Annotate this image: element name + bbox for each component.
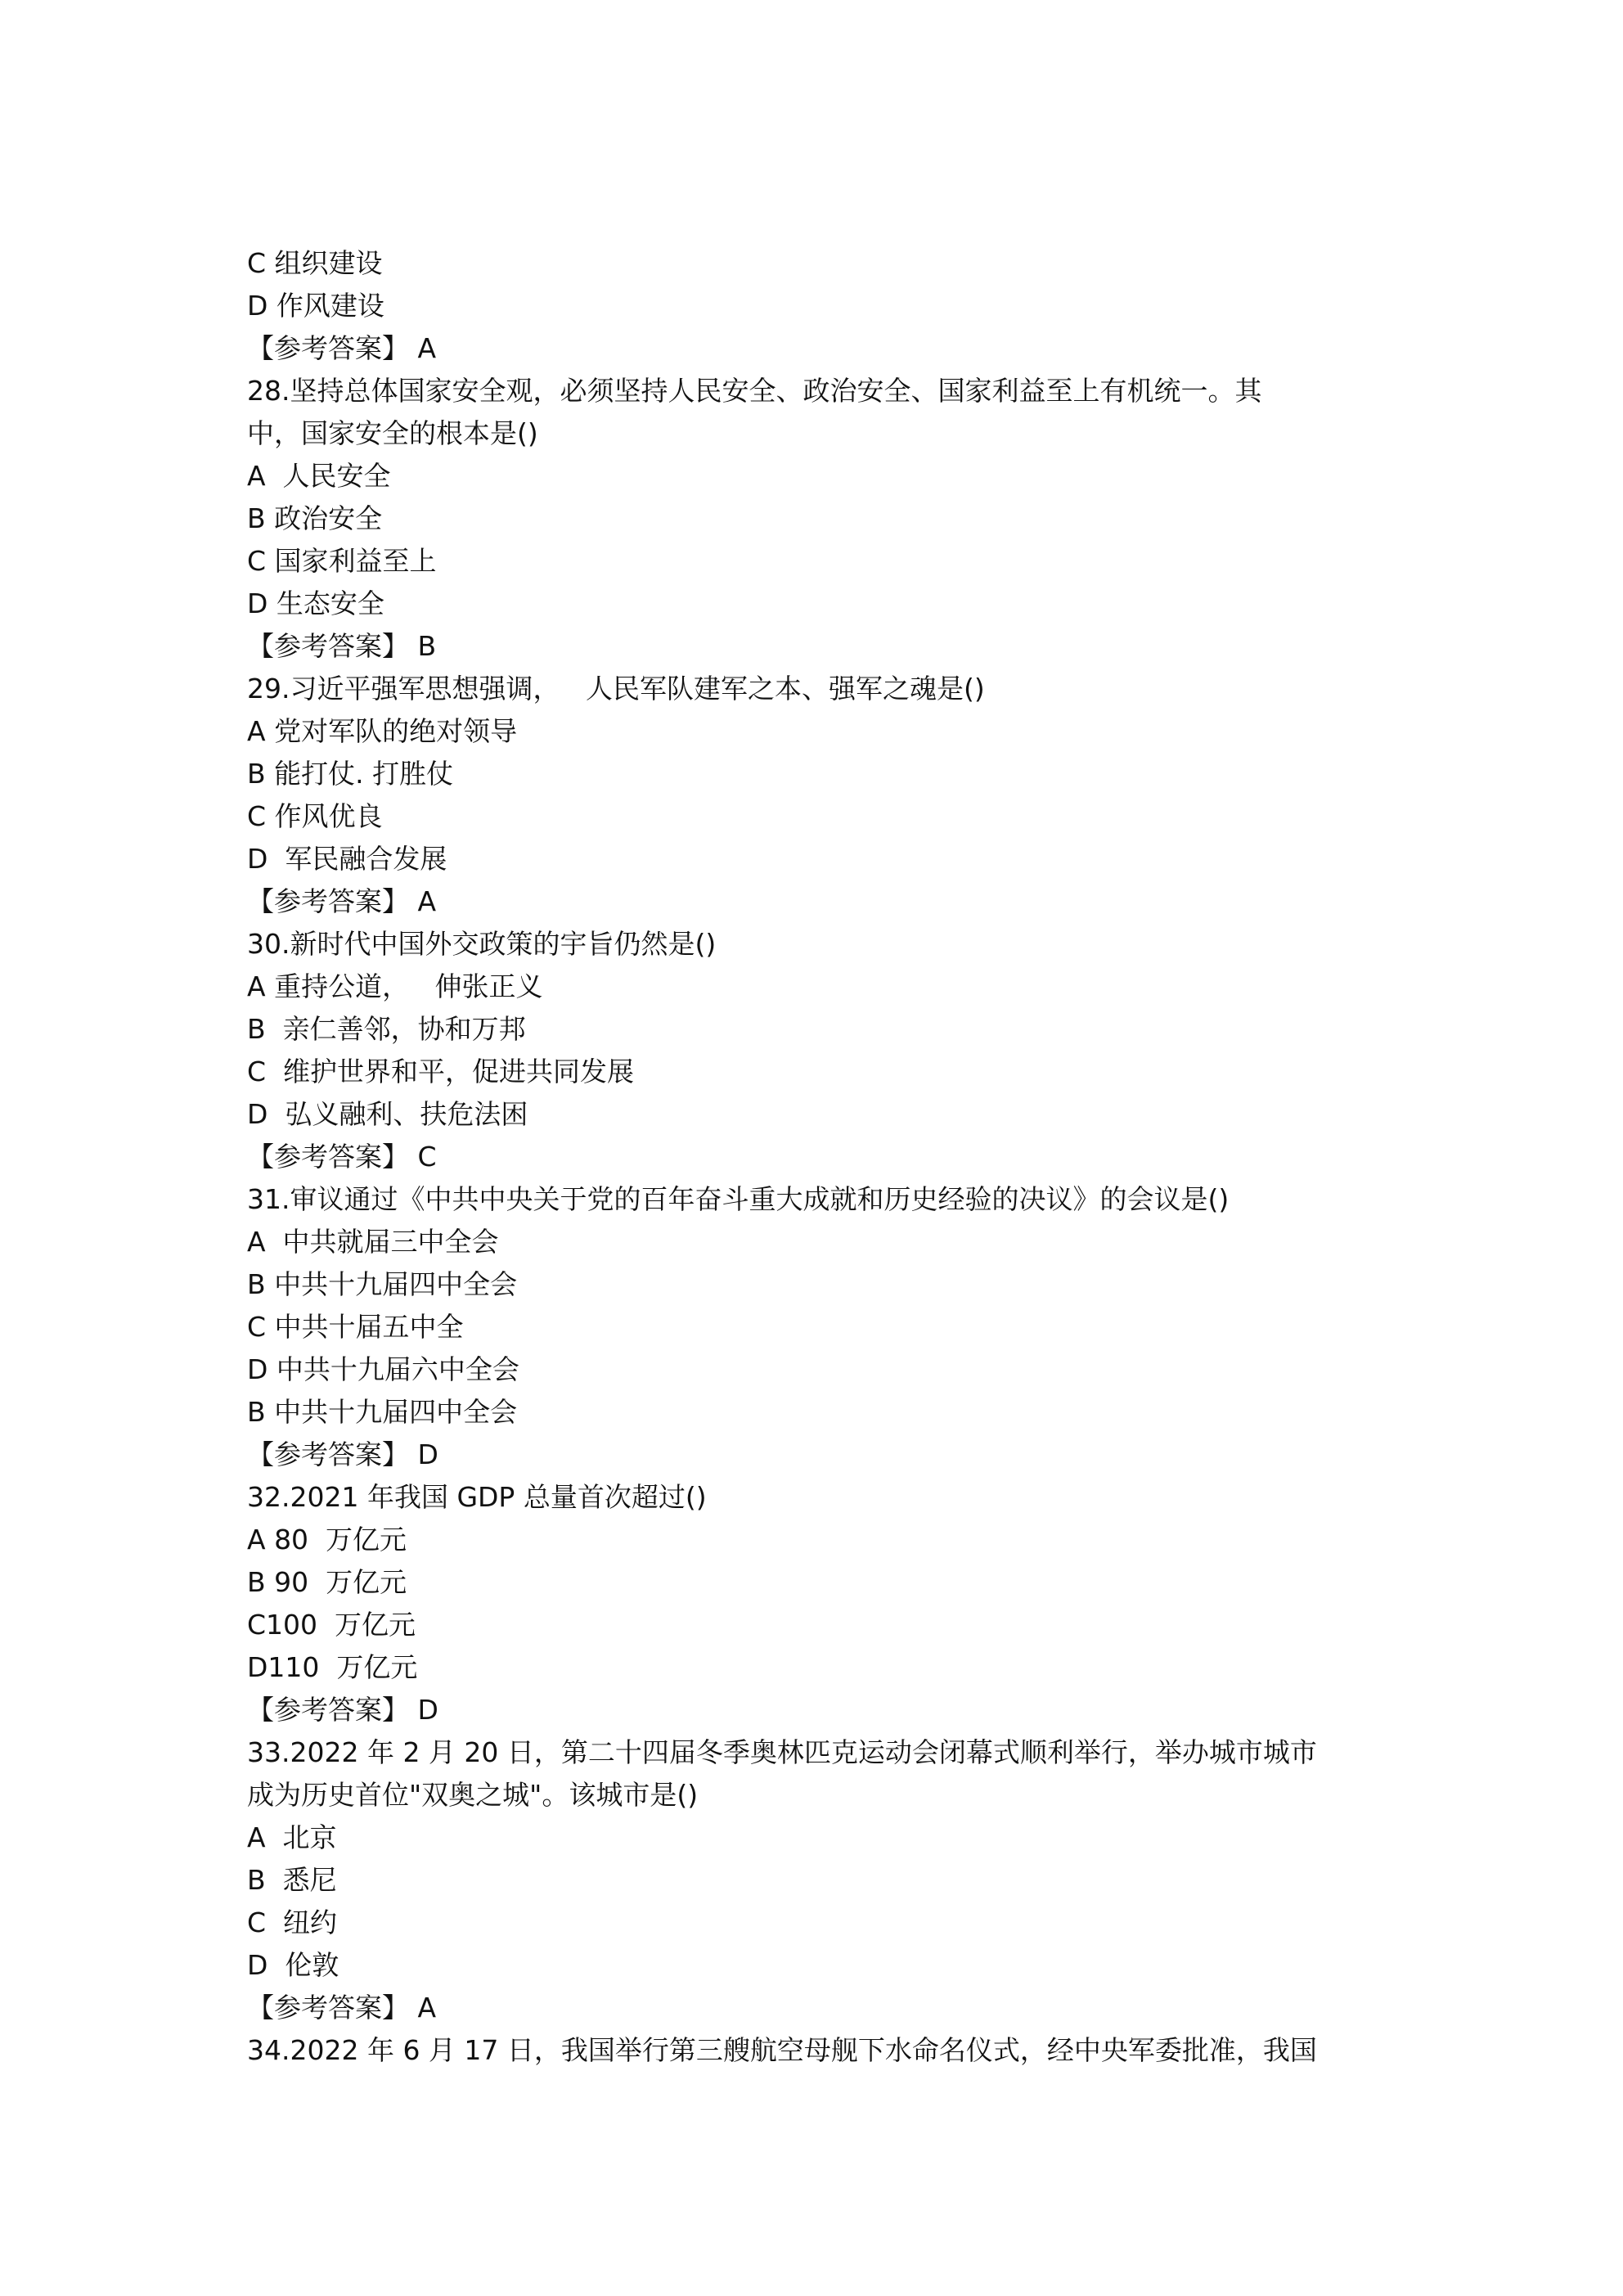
option: C 作风优良: [247, 795, 1392, 838]
option: D 伦敦: [247, 1944, 1392, 1987]
question-text: 33.2022 年 2 月 20 日，第二十四届冬季奥林匹克运动会闭幕式顺利举行…: [247, 1731, 1392, 1774]
question-text: 28.坚持总体国家安全观，必须坚持人民安全、政治安全、国家利益至上有机统一。其: [247, 370, 1392, 412]
question-text: 30.新时代中国外交政策的宇旨仍然是(): [247, 923, 1392, 966]
option: B 悉尼: [247, 1859, 1392, 1902]
question-text: 31.审议通过《中共中央关于党的百年奋斗重大成就和历史经验的决议》的会议是(): [247, 1178, 1392, 1221]
answer-label: 【参考答案】: [247, 1438, 418, 1470]
option: C 纽约: [247, 1902, 1392, 1944]
reference-answer: 【参考答案】 A: [247, 1987, 1392, 2029]
answer-value: D: [418, 1438, 438, 1470]
reference-answer: 【参考答案】 D: [247, 1689, 1392, 1731]
document-page: C 组织建设D 作风建设【参考答案】 A28.坚持总体国家安全观，必须坚持人民安…: [247, 242, 1392, 2072]
option: C 组织建设: [247, 242, 1392, 285]
option: C 中共十届五中全: [247, 1306, 1392, 1348]
option: D 作风建设: [247, 285, 1392, 327]
question-text: 29.习近平强军思想强调， 人民军队建军之本、强军之魂是(): [247, 668, 1392, 710]
option: D110 万亿元: [247, 1646, 1392, 1689]
option: A 人民安全: [247, 455, 1392, 497]
question-text: 中，国家安全的根本是(): [247, 412, 1392, 455]
option: B 政治安全: [247, 497, 1392, 540]
answer-label: 【参考答案】: [247, 885, 418, 917]
answer-value: D: [418, 1694, 438, 1726]
answer-label: 【参考答案】: [247, 1694, 418, 1726]
option: B 90 万亿元: [247, 1561, 1392, 1604]
answer-label: 【参考答案】: [247, 332, 418, 364]
answer-value: B: [418, 630, 437, 662]
answer-value: A: [418, 885, 437, 917]
option: A 北京: [247, 1817, 1392, 1859]
question-text: 成为历史首位"双奥之城"。该城市是(): [247, 1774, 1392, 1817]
reference-answer: 【参考答案】 D: [247, 1434, 1392, 1476]
option: A 80 万亿元: [247, 1519, 1392, 1561]
option: B 中共十九届四中全会: [247, 1391, 1392, 1434]
answer-value: C: [418, 1141, 437, 1173]
reference-answer: 【参考答案】 A: [247, 880, 1392, 923]
option: C100 万亿元: [247, 1604, 1392, 1646]
option: B 能打仗. 打胜仗: [247, 753, 1392, 795]
answer-label: 【参考答案】: [247, 630, 418, 662]
answer-value: A: [418, 1992, 437, 2024]
question-text: 32.2021 年我国 GDP 总量首次超过(): [247, 1476, 1392, 1519]
answer-label: 【参考答案】: [247, 1992, 418, 2024]
option: D 弘义融利、扶危法困: [247, 1093, 1392, 1136]
option: B 中共十九届四中全会: [247, 1263, 1392, 1306]
option: D 军民融合发展: [247, 838, 1392, 880]
option: C 维护世界和平，促进共同发展: [247, 1051, 1392, 1093]
question-text: 34.2022 年 6 月 17 日，我国举行第三艘航空母舰下水命名仪式，经中央…: [247, 2029, 1392, 2072]
option: D 中共十九届六中全会: [247, 1348, 1392, 1391]
reference-answer: 【参考答案】 B: [247, 625, 1392, 668]
option: A 重持公道， 伸张正义: [247, 966, 1392, 1008]
answer-label: 【参考答案】: [247, 1141, 418, 1173]
option: C 国家利益至上: [247, 540, 1392, 583]
option: B 亲仁善邻，协和万邦: [247, 1008, 1392, 1051]
option: A 党对军队的绝对领导: [247, 710, 1392, 753]
option: A 中共就届三中全会: [247, 1221, 1392, 1263]
option: D 生态安全: [247, 583, 1392, 625]
reference-answer: 【参考答案】 C: [247, 1136, 1392, 1178]
answer-value: A: [418, 332, 437, 364]
reference-answer: 【参考答案】 A: [247, 327, 1392, 370]
